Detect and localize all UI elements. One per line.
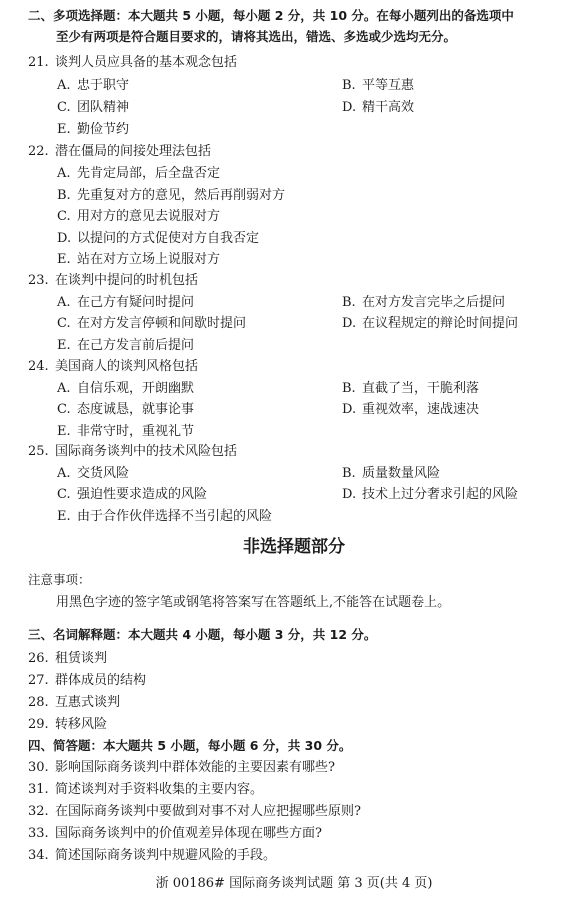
question-text: 在国际商务谈判中要做到对事不对人应把握哪些原则? [55,804,361,819]
option-text: 交货风险 [77,466,129,481]
option-24d: D.重视效率，速战速决 [342,402,479,418]
question-text: 转移风险 [55,717,107,732]
option-22e: E.站在对方立场上说服对方 [57,252,220,268]
option-text: 在议程规定的辩论时间提问 [362,316,518,331]
option-text: 平等互惠 [362,78,414,93]
section2-header-line1: 二、多项选择题：本大题共 5 小题，每小题 2 分，共 10 分。在每小题列出的… [28,8,514,24]
option-label: E. [57,424,77,440]
option-label: B. [57,188,77,204]
option-label: C. [57,100,77,116]
option-text: 技术上过分奢求引起的风险 [362,487,518,502]
option-label: E. [57,122,77,138]
option-text: 团队精神 [77,100,129,115]
question-23: 23.在谈判中提问的时机包括 [28,273,198,289]
option-label: C. [57,316,77,332]
option-label: B. [342,78,362,94]
question-number: 33. [28,826,55,842]
question-text: 租赁谈判 [55,651,107,666]
question-24: 24.美国商人的谈判风格包括 [28,359,198,375]
option-label: A. [57,466,77,482]
question-text: 简述谈判对手资料收集的主要内容。 [55,782,263,797]
option-text: 在己方发言前后提问 [77,338,194,353]
option-25e: E.由于合作伙伴选择不当引起的风险 [57,509,272,525]
question-number: 22. [28,144,55,160]
question-number: 31. [28,782,55,798]
option-label: E. [57,338,77,354]
question-number: 21. [28,55,55,71]
option-22d: D.以提问的方式促使对方自我否定 [57,231,259,247]
option-24e: E.非常守时，重视礼节 [57,424,194,440]
question-33: 33.国际商务谈判中的价值观差异体现在哪些方面? [28,826,322,842]
question-30: 30.影响国际商务谈判中群体效能的主要因素有哪些? [28,760,335,776]
option-21d: D.精干高效 [342,100,414,116]
option-text: 重视效率，速战速决 [362,402,479,417]
option-label: E. [57,252,77,268]
question-number: 34. [28,848,55,864]
page-footer: 浙 00186# 国际商务谈判试题 第 3 页(共 4 页) [0,872,588,891]
option-text: 用对方的意见去说服对方 [77,209,220,224]
option-21e: E.勤俭节约 [57,122,129,138]
question-29: 29.转移风险 [28,717,107,733]
notice-heading: 注意事项： [28,572,91,588]
option-24a: A.自信乐观，开朗幽默 [57,381,194,397]
option-25a: A.交货风险 [57,466,129,482]
option-21c: C.团队精神 [57,100,129,116]
question-number: 30. [28,760,55,776]
option-text: 先肯定局部，后全盘否定 [77,166,220,181]
option-23a: A.在己方有疑问时提问 [57,295,194,311]
option-text: 勤俭节约 [77,122,129,137]
option-text: 自信乐观，开朗幽默 [77,381,194,396]
option-22a: A.先肯定局部，后全盘否定 [57,166,220,182]
part-title: 非选择题部分 [0,532,588,557]
option-label: A. [57,78,77,94]
option-23e: E.在己方发言前后提问 [57,338,194,354]
option-text: 在己方有疑问时提问 [77,295,194,310]
option-text: 在对方发言完毕之后提问 [362,295,505,310]
question-text: 潜在僵局的间接处理法包括 [55,144,211,159]
option-text: 以提问的方式促使对方自我否定 [77,231,259,246]
question-number: 29. [28,717,55,733]
question-number: 26. [28,651,55,667]
option-22c: C.用对方的意见去说服对方 [57,209,220,225]
option-text: 非常守时，重视礼节 [77,424,194,439]
option-text: 忠于职守 [77,78,129,93]
question-21: 21.谈判人员应具备的基本观念包括 [28,55,237,71]
option-label: B. [342,466,362,482]
question-text: 简述国际商务谈判中规避风险的手段。 [55,848,276,863]
question-32: 32.在国际商务谈判中要做到对事不对人应把握哪些原则? [28,804,361,820]
option-label: A. [57,295,77,311]
option-24b: B.直截了当，干脆利落 [342,381,479,397]
question-number: 27. [28,673,55,689]
question-number: 25. [28,444,55,460]
option-label: D. [342,402,362,418]
option-24c: C.态度诚恳，就事论事 [57,402,194,418]
option-label: E. [57,509,77,525]
question-text: 在谈判中提问的时机包括 [55,273,198,288]
option-23d: D.在议程规定的辩论时间提问 [342,316,518,332]
option-text: 直截了当，干脆利落 [362,381,479,396]
question-text: 国际商务谈判中的技术风险包括 [55,444,237,459]
option-text: 先重复对方的意见，然后再削弱对方 [77,188,285,203]
option-text: 在对方发言停顿和间歇时提问 [77,316,246,331]
question-text: 互惠式谈判 [55,695,120,710]
option-label: B. [342,295,362,311]
option-label: C. [57,402,77,418]
option-label: C. [57,209,77,225]
question-22: 22.潜在僵局的间接处理法包括 [28,144,211,160]
notice-text: 用黑色字迹的签字笔或钢笔将答案写在答题纸上,不能答在试题卷上。 [56,595,450,611]
question-number: 28. [28,695,55,711]
option-text: 质量数量风险 [362,466,440,481]
question-31: 31.简述谈判对手资料收集的主要内容。 [28,782,263,798]
option-text: 站在对方立场上说服对方 [77,252,220,267]
option-25b: B.质量数量风险 [342,466,440,482]
option-21a: A.忠于职守 [57,78,129,94]
option-label: D. [57,231,77,247]
section3-header: 三、名词解释题：本大题共 4 小题，每小题 3 分，共 12 分。 [28,627,376,643]
section2-header-line2: 至少有两项是符合题目要求的，请将其选出，错选、多选或少选均无分。 [56,29,456,45]
question-text: 谈判人员应具备的基本观念包括 [55,55,237,70]
option-label: B. [342,381,362,397]
option-text: 态度诚恳，就事论事 [77,402,194,417]
option-label: D. [342,100,362,116]
question-34: 34.简述国际商务谈判中规避风险的手段。 [28,848,276,864]
option-label: A. [57,166,77,182]
question-text: 群体成员的结构 [55,673,146,688]
question-text: 影响国际商务谈判中群体效能的主要因素有哪些? [55,760,335,775]
option-text: 强迫性要求造成的风险 [77,487,207,502]
question-number: 24. [28,359,55,375]
option-text: 精干高效 [362,100,414,115]
option-25d: D.技术上过分奢求引起的风险 [342,487,518,503]
option-22b: B.先重复对方的意见，然后再削弱对方 [57,188,285,204]
option-23c: C.在对方发言停顿和间歇时提问 [57,316,246,332]
question-25: 25.国际商务谈判中的技术风险包括 [28,444,237,460]
question-number: 32. [28,804,55,820]
question-28: 28.互惠式谈判 [28,695,120,711]
option-label: D. [342,316,362,332]
section4-header: 四、简答题：本大题共 5 小题，每小题 6 分，共 30 分。 [28,738,351,754]
question-number: 23. [28,273,55,289]
option-label: C. [57,487,77,503]
option-text: 由于合作伙伴选择不当引起的风险 [77,509,272,524]
option-label: A. [57,381,77,397]
option-21b: B.平等互惠 [342,78,414,94]
question-27: 27.群体成员的结构 [28,673,146,689]
question-text: 美国商人的谈判风格包括 [55,359,198,374]
option-label: D. [342,487,362,503]
option-23b: B.在对方发言完毕之后提问 [342,295,505,311]
question-26: 26.租赁谈判 [28,651,107,667]
option-25c: C.强迫性要求造成的风险 [57,487,207,503]
question-text: 国际商务谈判中的价值观差异体现在哪些方面? [55,826,322,841]
